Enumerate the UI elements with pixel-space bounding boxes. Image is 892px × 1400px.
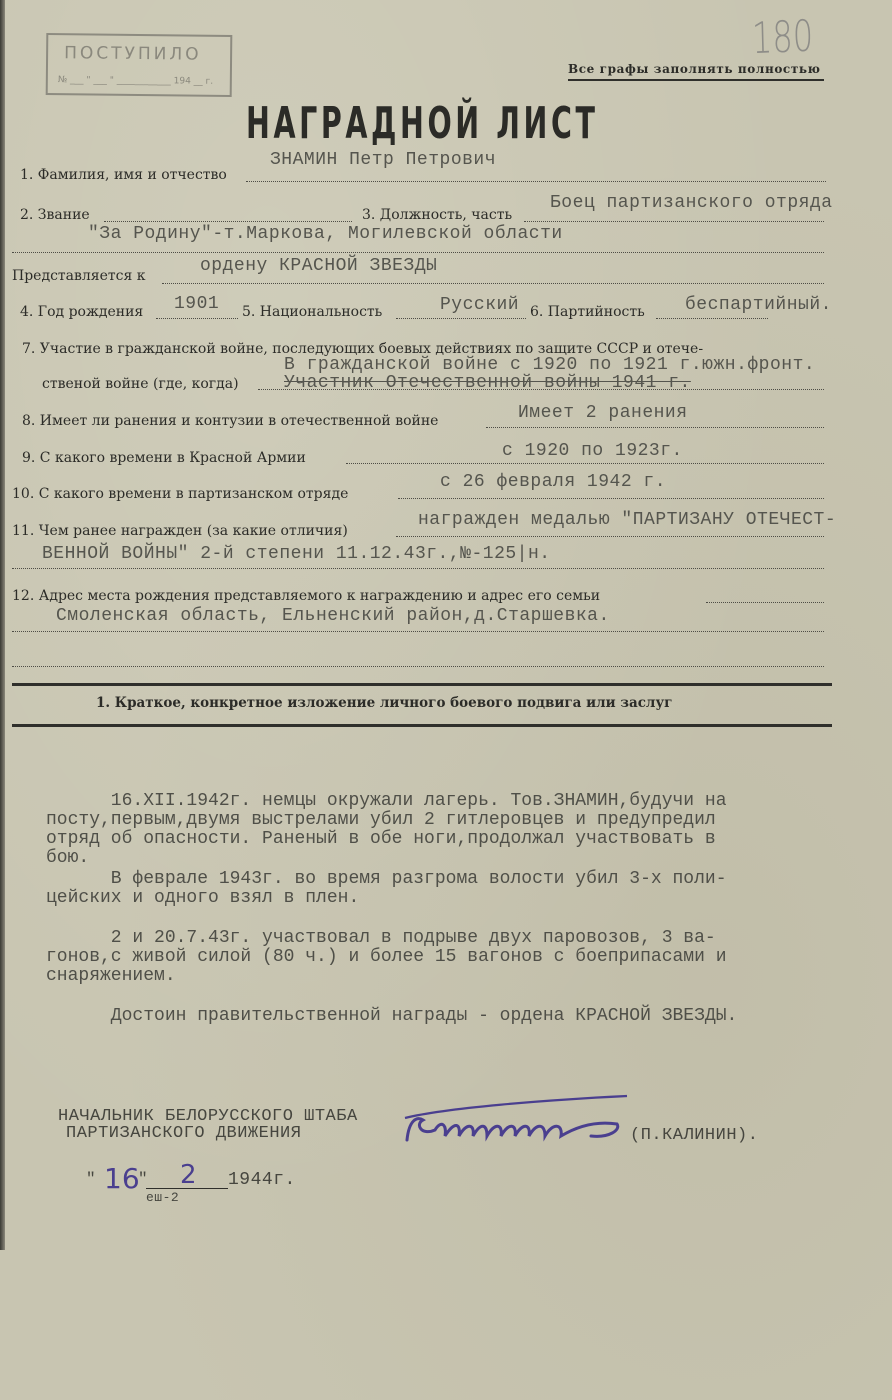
nominated-label: Представляется к [12,268,146,284]
field-8-line [486,427,824,428]
date-close-quote: " [138,1170,148,1188]
section-1-heading: 1. Краткое, конкретное изложение личного… [96,695,672,711]
field-6-label: 6. Партийность [530,304,645,320]
text-line: отряд об опасности. Раненый в обе ноги,п… [46,830,727,849]
award-sheet-page: ПОСТУПИЛО № ___ " ___ " ____________ 194… [0,0,892,1400]
field-3-label: 3. Должность, часть [362,207,512,223]
page-title: НАГРАДНОЙ ЛИСТ [246,98,599,149]
field-12-label: 12. Адрес места рождения представляемого… [12,588,600,604]
field-6-line [656,318,768,319]
field-7-label-2: ственой войне (где, когда) [42,376,239,392]
field-3-line [524,221,824,222]
text-line: 2 и 20.7.43г. участвовал в подрыве двух … [46,929,727,948]
text-line: цейских и одного взял в плен. [46,889,727,908]
page-edge-shadow [0,0,5,1250]
field-8-value: Имеет 2 ранения [518,403,688,423]
field-8-label: 8. Имеет ли ранения и контузии в отечест… [22,413,438,429]
field-11-line [396,536,824,537]
date-month: 2 [180,1160,197,1190]
field-3-value: Боец партизанского отряда [550,193,833,213]
text-line: посту,первым,двумя выстрелами убил 2 гит… [46,811,727,830]
field-4-label: 4. Год рождения [20,304,143,320]
fill-notice: Все графы заполнять полностью [568,62,821,76]
typist-mark: еш-2 [146,1190,179,1205]
field-11-value-2: ВЕННОЙ ВОЙНЫ" 2-й степени 11.12.43г.,№-1… [42,544,551,564]
text-line: Достоин правительственной награды - орде… [46,1007,737,1026]
notice-underline [568,79,824,81]
signatory-title-line-1: НАЧАЛЬНИК БЕЛОРУССКОГО ШТАБА [58,1108,358,1125]
text-line: гонов,с живой силой (80 ч.) и более 15 в… [46,948,727,967]
date-month-line [146,1188,228,1189]
field-9-label: 9. С какого времени в Красной Армии [22,450,306,466]
nominated-value: ордену КРАСНОЙ ЗВЕЗДЫ [200,256,437,276]
field-6-value: беспартийный. [685,295,832,315]
field-10-label: 10. С какого времени в партизанском отря… [12,486,348,502]
field-9-value: с 1920 по 1923г. [502,441,683,461]
text-line: бою. [46,849,727,868]
achievement-paragraph-1: 16.XII.1942г. немцы окружали лагерь. Тов… [46,792,727,868]
section-top-rule [12,683,832,686]
text-line: В феврале 1943г. во время разгрома волос… [46,870,727,889]
field-12-line-3 [12,666,824,667]
field-10-value: с 26 февраля 1942 г. [440,472,666,492]
date-year: 1944г. [228,1170,296,1190]
field-2-label: 2. Звание [20,207,90,223]
field-5-line [396,318,526,319]
field-12-line [706,602,824,603]
field-3-value-continued: "За Родину"-т.Маркова, Могилевской облас… [88,224,563,244]
signatory-title: НАЧАЛЬНИК БЕЛОРУССКОГО ШТАБА ПАРТИЗАНСКО… [58,1108,358,1142]
field-3-line-2 [12,252,824,253]
signatory-title-line-2: ПАРТИЗАНСКОГО ДВИЖЕНИЯ [58,1125,358,1142]
date-open-quote: " [86,1170,96,1188]
field-12-line-2 [12,631,824,632]
signatory-name: (П.КАЛИНИН). [630,1126,758,1145]
page-number: 180 [751,10,813,64]
text-line: 16.XII.1942г. немцы окружали лагерь. Тов… [46,792,727,811]
field-1-line [246,181,826,182]
field-10-line [398,498,824,499]
achievement-paragraph-2: В феврале 1943г. во время разгрома волос… [46,870,727,908]
field-7-value-1: В гражданской войне с 1920 по 1921 г.южн… [284,355,815,375]
field-1-label: 1. Фамилия, имя и отчество [20,167,227,183]
field-11-line-2 [12,568,824,569]
handwritten-signature [395,1090,635,1150]
text-line: снаряжением. [46,967,727,986]
achievement-paragraph-3: 2 и 20.7.43г. участвовал в подрыве двух … [46,929,727,986]
section-bottom-rule [12,724,832,727]
nominated-line [162,283,824,284]
field-4-value: 1901 [174,294,219,314]
field-7-value-2: Участник Отечественной войны 1941 г. [284,373,691,393]
field-11-value-1: награжден медалью "ПАРТИЗАНУ ОТЕЧЕСТ- [418,510,836,530]
field-9-line [346,463,824,464]
achievement-conclusion: Достоин правительственной награды - орде… [46,1007,737,1026]
received-stamp: ПОСТУПИЛО № ___ " ___ " ____________ 194… [46,33,233,97]
stamp-title: ПОСТУПИЛО [64,43,202,64]
field-5-value: Русский [440,295,519,315]
field-5-label: 5. Национальность [242,304,382,320]
field-12-value: Смоленская область, Ельненский район,д.С… [56,606,610,626]
date-day: 16 [104,1162,140,1195]
field-4-line [156,318,238,319]
field-2-line [104,221,352,222]
stamp-date-line: № ___ " ___ " ____________ 194 __ г. [58,75,213,87]
field-11-label: 11. Чем ранее награжден (за какие отличи… [12,523,348,539]
field-1-value: ЗНАМИН Петр Петрович [270,150,496,170]
